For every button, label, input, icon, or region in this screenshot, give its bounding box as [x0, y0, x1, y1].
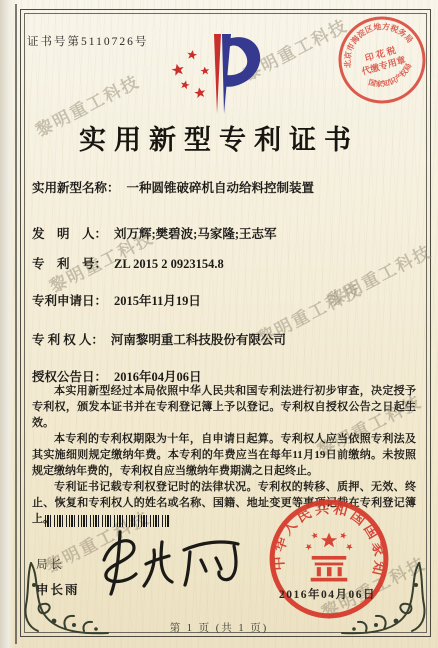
certificate-title: 实用新型专利证书 [0, 118, 438, 157]
scan-edge [0, 0, 14, 648]
field-patentee: 专 利 权 人：河南黎明重工科技股份有限公司 [32, 330, 286, 348]
certificate-number: 证书号第5110726号 [27, 33, 148, 49]
field-value: 河南黎明重工科技股份有限公司 [111, 333, 286, 347]
field-label: 专 利 号： [32, 257, 107, 271]
field-filing-date: 专利申请日：2015年11月19日 [32, 291, 201, 309]
field-inventors: 发 明 人：刘万辉;樊碧波;马家隆;王志军 [32, 224, 277, 242]
field-patent-number: 专 利 号：ZL 2015 2 0923154.8 [32, 254, 224, 272]
field-label: 专 利 权 人： [32, 333, 104, 347]
legal-paragraph-1: 本实用新型经过本局依照中华人民共和国专利法进行初步审查，决定授予专利权，颁发本证… [32, 383, 416, 431]
field-value: 一种圆锥破碎机自动给料控制装置 [127, 181, 315, 195]
page-indicator: 第 1 页 (共 1 页) [0, 620, 438, 635]
patent-office-logo [158, 26, 278, 120]
field-label: 实用新型名称： [32, 181, 120, 195]
field-utility-model-name: 实用新型名称：一种圆锥破碎机自动给料控制装置 [32, 178, 314, 196]
field-label: 发 明 人： [32, 227, 107, 241]
field-label: 授权公告日： [32, 370, 107, 384]
field-label: 专利申请日： [32, 294, 107, 308]
scan-edge-line [15, 4, 17, 644]
field-value: ZL 2015 2 0923154.8 [114, 257, 224, 271]
field-value: 刘万辉;樊碧波;马家隆;王志军 [114, 227, 277, 241]
field-value: 2015年11月19日 [114, 294, 201, 308]
field-value: 2016年04月06日 [114, 370, 202, 384]
legal-paragraph-2: 本专利的专利权期限为十年，自申请日起算。专利权人应当依照专利法及其实施细则规定缴… [32, 431, 416, 479]
